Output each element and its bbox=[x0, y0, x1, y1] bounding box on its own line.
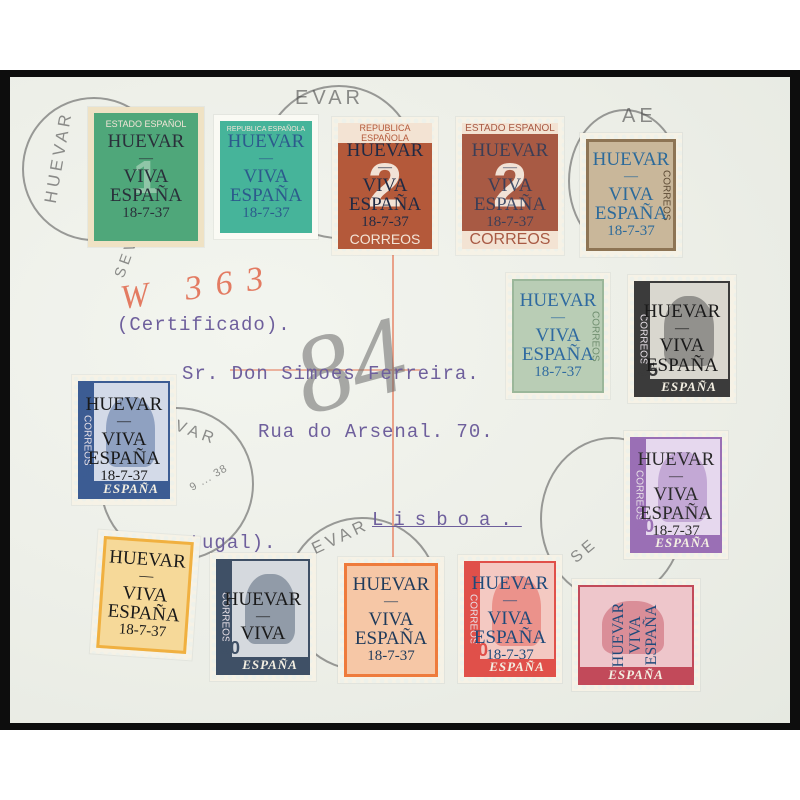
stamp-sepia-cid: CORREOS HUEVAR—VIVAESPAÑA18-7-37 bbox=[580, 133, 682, 257]
stamp-red-isabel-30: CORREOS 30 ESPAÑA HUEVAR—VIVAESPAÑA18-7-… bbox=[458, 555, 562, 683]
stamp-carmine-sideways: ESPAÑA HUEVARVIVAESPAÑA bbox=[572, 579, 700, 691]
stamp-slate-isabel-50: CORREOS 50 ESPAÑA HUEVAR—VIVA bbox=[210, 553, 316, 681]
stamp-green-cid: CORREOS HUEVAR—VIVAESPAÑA18-7-37 bbox=[506, 273, 610, 399]
envelope: HUEVAR SEVILLA EVAR AE EVAR 9 ... 38 EVA… bbox=[10, 77, 790, 723]
stamp-yellow-arms: HUEVAR—VIVAESPAÑA18-7-37 bbox=[90, 530, 200, 661]
stamp-brown-estado-2: ESTADO ESPAÑOL 2 CORREOS HUEVAR—VIVAESPA… bbox=[456, 117, 564, 255]
postmark-top-right-text: AE bbox=[622, 105, 657, 128]
stamp-violet-isabel-20: CORREOS 20 ESPAÑA HUEVAR—VIVAESPAÑA18-7-… bbox=[624, 431, 728, 559]
service-line: (Certificado). bbox=[117, 314, 291, 336]
registration-number: W 363 bbox=[118, 258, 280, 318]
stamp-brown-republica-2: REPUBLICA ESPAÑOLA 2 CORREOS HUEVAR—VIVA… bbox=[332, 117, 438, 255]
stamp-green-estado-espanol: ESTADO ESPAÑOL 1 HUEVAR—VIVAESPAÑA18-7-3… bbox=[88, 107, 204, 247]
recipient-line: Sr. Don Simoes Ferreira. bbox=[182, 363, 480, 385]
city-line: Lisboa. bbox=[372, 509, 522, 531]
stamp-black-isabel-35: CORREOS 35 ESPAÑA HUEVAR—VIVAESPAÑA bbox=[628, 275, 736, 403]
stamp-orange-arms: HUEVAR—VIVAESPAÑA18-7-37 bbox=[338, 557, 444, 683]
stamp-blue-isabel-1pta: CORREOS 1 ESPAÑA HUEVAR—VIVAESPAÑA18-7-3… bbox=[72, 375, 176, 505]
street-line: Rua do Arsenal. 70. bbox=[258, 421, 494, 443]
stamp-teal-republica: REPUBLICA ESPAÑOLA HUEVAR—VIVAESPAÑA18-7… bbox=[214, 115, 318, 239]
postmark-top-center-text: EVAR bbox=[295, 87, 364, 110]
